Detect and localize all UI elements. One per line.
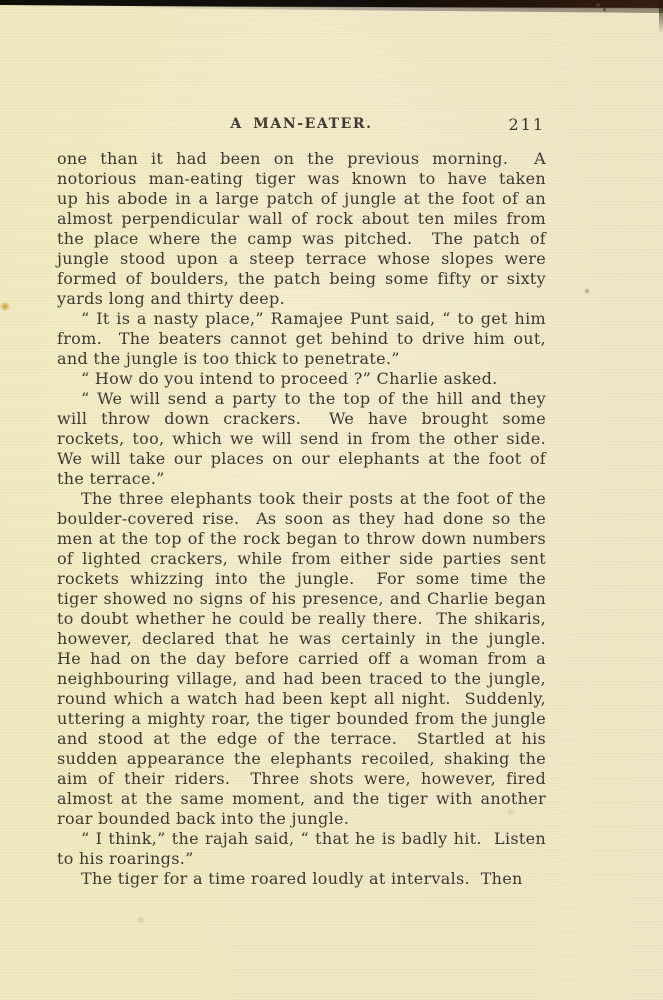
text-line: almost perpendicular wall of rock about … (57, 209, 546, 229)
text-line: We will take our places on our elephants… (57, 449, 546, 469)
text-line: “ How do you intend to proceed ?” Charli… (57, 369, 546, 389)
text-line: aim of their riders. Three shots were, h… (57, 769, 546, 789)
text-line: uttering a mighty roar, the tiger bounde… (57, 709, 546, 729)
text-line: to doubt whether he could be really ther… (57, 609, 546, 629)
paper-speck (136, 916, 145, 924)
text-line: sudden appearance the elephants recoiled… (57, 749, 546, 769)
text-line: rockets, too, which we will send in from… (57, 429, 546, 449)
text-line: roar bounded back into the jungle. (57, 809, 546, 829)
text-line: the terrace.” (57, 469, 546, 489)
foxing-spot (0, 301, 10, 312)
running-header-title: A MAN-EATER. (57, 116, 546, 132)
text-line: up his abode in a large patch of jungle … (57, 189, 546, 209)
book-page-scan: A MAN-EATER. 211 one than it had been on… (0, 0, 663, 1000)
text-line: however, declared that he was certainly … (57, 629, 546, 649)
text-line: from. The beaters cannot get behind to d… (57, 329, 546, 349)
text-line: one than it had been on the previous mor… (57, 149, 546, 169)
text-line: neighbouring village, and had been trace… (57, 669, 546, 689)
text-line: jungle stood upon a steep terrace whose … (57, 249, 546, 269)
text-line: yards long and thirty deep. (57, 289, 546, 309)
text-line: and stood at the edge of the terrace. St… (57, 729, 546, 749)
text-line: The three elephants took their posts at … (57, 489, 546, 509)
text-line: He had on the day before carried off a w… (57, 649, 546, 669)
text-line: of lighted crackers, while from either s… (57, 549, 546, 569)
text-line: the place where the camp was pitched. Th… (57, 229, 546, 249)
text-line: formed of boulders, the patch being some… (57, 269, 546, 289)
text-line: tiger showed no signs of his presence, a… (57, 589, 546, 609)
paper-speck (584, 288, 590, 294)
text-line: and the jungle is too thick to penetrate… (57, 349, 546, 369)
text-line: “ It is a nasty place,” Ramajee Punt sai… (57, 309, 546, 329)
text-line: notorious man-eating tiger was known to … (57, 169, 546, 189)
page-right-edge-shadow (659, 0, 663, 34)
running-header: A MAN-EATER. 211 (57, 116, 546, 138)
text-line: rockets whizzing into the jungle. For so… (57, 569, 546, 589)
text-line: men at the top of the rock began to thro… (57, 529, 546, 549)
text-line: will throw down crackers. We have brough… (57, 409, 546, 429)
text-line: “ I think,” the rajah said, “ that he is… (57, 829, 546, 849)
text-line: “ We will send a party to the top of the… (57, 389, 546, 409)
text-line: boulder-covered rise. As soon as they ha… (57, 509, 546, 529)
text-line: almost at the same moment, and the tiger… (57, 789, 546, 809)
text-line: round which a watch had been kept all ni… (57, 689, 546, 709)
text-line: to his roarings.” (57, 849, 546, 869)
page-number: 211 (508, 115, 545, 134)
body-text: one than it had been on the previous mor… (57, 149, 546, 889)
text-line: The tiger for a time roared loudly at in… (57, 869, 546, 889)
